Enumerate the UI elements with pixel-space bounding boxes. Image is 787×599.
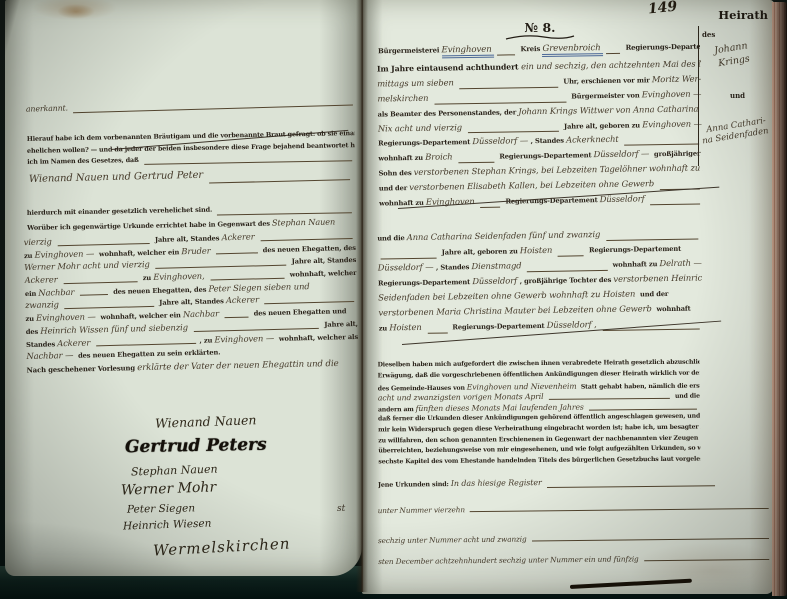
groom-section: Im Jahre eintausend achthundert ein und …: [377, 58, 703, 212]
printed-text: Uhr, erschienen vor mir: [561, 76, 652, 85]
printed-label: Im Jahre eintausend achthundert: [377, 62, 521, 73]
handwritten-text: Nachbar: [38, 287, 77, 298]
printed-text: mir kein Widerspruch gegen diese Verheir…: [378, 423, 700, 433]
printed-text: überreichten, beziehungsweise von mir ei…: [378, 445, 700, 455]
signature: Wienand Nauen: [155, 412, 257, 431]
printed-text: wohnhaft, welcher ein: [98, 311, 183, 321]
printed-text: und die: [673, 393, 700, 400]
handwritten-text: Stephan Nauen: [272, 216, 335, 227]
printed-text: Dieselben haben mich aufgefordert die zw…: [378, 359, 700, 369]
blank-rule: [480, 207, 500, 208]
blank-rule: [210, 277, 284, 280]
handwritten-text: Düsseldorf —: [594, 149, 652, 160]
printed-text: andern am: [378, 406, 416, 413]
handwritten-text: Anna Catharina Seidenfaden fünf und zwan…: [407, 229, 603, 242]
right-page: 149 № 8. Bürgermeisterei Evinghoven Krei…: [362, 0, 774, 594]
page-number-ink: 149: [647, 0, 678, 17]
handwritten-text: Evinghoven —: [34, 248, 96, 260]
witness-list: vierzig Jahre alt, Standes Ackerer zu Ev…: [23, 229, 358, 364]
blank-rule: [468, 131, 559, 133]
printed-text: des neuen Ehegatten und: [251, 307, 346, 317]
printed-text: Jahre alt,: [322, 320, 358, 329]
printed-text: des neuen Ehegatten zu sein erklärten.: [76, 348, 221, 360]
handwritten-text: Dienstmagd: [471, 260, 524, 271]
handwritten-text: Düsseldorf ,: [547, 319, 600, 330]
printed-text: Bürgermeister von: [569, 91, 642, 100]
handwritten-text: Ackerknecht: [566, 134, 621, 145]
handwritten-text: Düsseldorf —: [378, 262, 436, 273]
printed-text: des: [26, 328, 41, 336]
printed-text: sechste Kapitel des vom Ehestande handel…: [378, 456, 700, 466]
handwritten-text: Evinghoven —: [642, 118, 702, 129]
handwritten-text: Nachbar: [183, 308, 222, 319]
printed-text: zu willfahren, den schon genannten Ersch…: [378, 434, 700, 444]
blank-rule: [624, 144, 699, 146]
blank-rule: [265, 301, 355, 304]
handwritten-text: Peter Siegen sieben und: [208, 281, 309, 293]
printed-text: zu: [24, 251, 35, 259]
blank-rule: [144, 160, 352, 165]
handwritten-text: Evinghoven —: [642, 88, 702, 99]
handwritten-text: mittags um sieben: [377, 77, 456, 88]
handwritten-text: anerkannt.: [26, 103, 71, 113]
printed-text: Regierungs-Departement: [587, 245, 681, 254]
blank-rule: [650, 203, 700, 205]
margin-und-label: und: [730, 91, 772, 100]
reading-paragraph: Nach geschehener Vorlesung erklärte der …: [26, 359, 357, 418]
blank-rule: [217, 212, 352, 215]
text-line: Bürgermeisterei Evinghoven Kreis Grevenb…: [378, 42, 700, 60]
printed-text: , Standes: [531, 137, 567, 146]
blank-rule: [558, 255, 584, 256]
printed-text: Regierungs-Departement: [497, 152, 594, 162]
blank-rule: [216, 253, 257, 255]
handwritten-text: melskirchen: [377, 92, 431, 103]
signature: Peter Siegen: [127, 502, 195, 515]
bride-section: und die Anna Catharina Seidenfaden fünf …: [377, 227, 703, 337]
blank-rule: [606, 239, 698, 241]
handwritten-text: Hoisten: [520, 245, 555, 256]
printed-text: Bürgermeisterei: [378, 46, 442, 55]
documents-intro: Jene Urkunden sind: In das hiesige Regis…: [378, 476, 718, 493]
printed-text: Jahre alt, geboren zu: [562, 121, 643, 130]
printed-text: wohnhaft zu: [610, 260, 659, 269]
printed-text: und die: [377, 234, 407, 242]
handwritten-text: ein und sechzig, den achtzehnten Mai des…: [521, 58, 701, 71]
printed-text: des neuen Ehegatten, des: [260, 244, 356, 254]
printed-text: Sohn des: [379, 169, 414, 178]
handwritten-text: Ackerer: [226, 295, 262, 306]
blank-rule: [73, 105, 352, 114]
record-number: № 8.: [480, 20, 600, 41]
documents-list: unter Nummer vierzehn sechzig unter Numm…: [378, 492, 773, 589]
handwritten-text: sechzig unter Nummer acht und zwanzig: [378, 535, 529, 546]
handwritten-text: Broich: [425, 152, 455, 162]
printed-text: zu: [25, 315, 36, 323]
couple-names: Wienand Nauen und Gertrud Peter: [29, 166, 353, 191]
handwritten-text: Evinghoven —: [36, 311, 98, 323]
handwritten-text: Evinghoven,: [153, 271, 207, 282]
handwritten-text: Delrath —: [659, 257, 701, 268]
handwritten-text: Düsseldorf —: [472, 136, 530, 147]
printed-text: hierdurch mit einander gesetzlich verehe…: [27, 206, 215, 217]
handwritten-text: Evinghoven —: [214, 332, 276, 344]
printed-text: Regierungs-Departement: [378, 139, 472, 148]
handwritten-text: Moritz Wer-: [652, 73, 702, 84]
blank-rule: [527, 270, 607, 272]
printed-text: daß ferner die Urkunden dieser Ankündigu…: [378, 413, 700, 423]
handwritten-text: Hoisten: [389, 322, 424, 333]
blank-rule: [434, 101, 566, 104]
blank-rule: [63, 281, 137, 284]
printed-text: Nach geschehener Vorlesung: [27, 364, 138, 374]
printed-text: des Gemeinde-Hauses von: [378, 384, 467, 392]
handwritten-text: Johann Krings Wittwer von Anna Catharina: [518, 103, 698, 116]
handwritten-text: Ackerer: [57, 337, 93, 348]
signature: Gertrud Peters: [125, 435, 267, 457]
closing-paragraph: anerkannt.: [24, 29, 356, 117]
blank-rule: [549, 398, 670, 400]
printed-text: und der: [379, 184, 410, 192]
printed-text: Statt gehabt haben, nämlich die erste am: [579, 382, 700, 390]
printed-text: Regierungs-Departement: [450, 322, 547, 332]
printed-text: Worüber ich gegenwärtige Urkunde erricht…: [27, 220, 272, 232]
handwritten-text: zwanzig: [25, 300, 62, 311]
blank-rule: [260, 238, 352, 241]
signature-mayor: Wermelskirchen: [153, 534, 291, 559]
record-number-text: № 8.: [525, 20, 556, 35]
handwritten-text: Nachbar —: [26, 350, 76, 361]
printed-text: wohnhaft zu: [378, 154, 425, 163]
handwritten-underlined-text: Grevenbroich: [542, 43, 603, 57]
ink-mark: st: [337, 504, 345, 514]
printed-text: Jahre alt, Standes: [289, 256, 356, 266]
printed-text: des neuen Ehegatten, des: [111, 285, 209, 295]
blank-rule: [458, 162, 494, 164]
handwritten-text: vierzig: [23, 236, 54, 247]
handwritten-text: Wienand Nauen und Gertrud Peter: [29, 170, 206, 185]
blank-rule: [532, 538, 769, 541]
handwritten-text: acht und zwanzigsten vorigen Monats Apri…: [378, 392, 546, 402]
blank-rule: [459, 86, 558, 89]
printed-text: wohnhaft, welcher ein: [97, 248, 182, 258]
left-page: anerkannt. Hierauf habe ich dem vorbenan…: [5, 0, 362, 576]
printed-text: wohnhaft, welcher: [287, 269, 356, 279]
printed-text: als Beamter des Personenstandes, der: [378, 108, 519, 118]
text-line: sechste Kapitel des vom Ehestande handel…: [378, 456, 700, 470]
handwritten-text: Ackerer: [221, 231, 257, 242]
handwritten-underlined-text: Evinghoven: [441, 45, 494, 59]
handwritten-text: In das hiesige Register: [451, 478, 544, 488]
blank-rule: [497, 54, 515, 55]
margin-divider-line: [698, 26, 699, 166]
announcement-paragraph: Dieselben haben mich aufgefordert die zw…: [378, 359, 701, 470]
header-line: Bürgermeisterei Evinghoven Kreis Grevenb…: [378, 42, 700, 60]
printed-text: Standes: [26, 340, 57, 349]
book-gutter: [356, 0, 368, 592]
handwritten-text: Ackerer: [24, 274, 60, 285]
blank-rule: [225, 316, 249, 318]
blank-rule: [57, 243, 149, 246]
book-page-edges: [772, 2, 787, 596]
margin-annotation: Heirath des Johann Krings und Anna Catha…: [700, 8, 772, 141]
blank-rule: [96, 343, 197, 346]
blank-rule: [606, 53, 620, 54]
handwritten-text: Nix acht und vierzig: [378, 122, 465, 133]
handwritten-text: erklärte der Vater der neuen Ehegattin u…: [137, 359, 339, 373]
printed-text: , großjährige Tochter des: [520, 276, 614, 285]
handwritten-text: fünften dieses Monats Mai laufenden Jahr…: [416, 403, 587, 413]
handwritten-text: unter Nummer vierzehn: [378, 505, 468, 515]
handwritten-text: Werner Mohr acht und vierzig: [24, 259, 152, 272]
printed-text: zu: [140, 274, 153, 282]
printed-text: wohnhaft, welcher als: [277, 332, 359, 342]
signature: Stephan Nauen: [131, 462, 218, 478]
printed-text: ein: [25, 289, 39, 297]
printed-text: Jahre alt, Standes: [153, 234, 222, 244]
printed-text: , Standes: [436, 263, 472, 272]
blank-rule: [547, 485, 715, 488]
handwritten-text: Bruder: [181, 245, 213, 256]
handwritten-text: Evinghoven und Nievenheim: [467, 381, 579, 391]
blank-rule: [381, 258, 437, 260]
blank-rule: [80, 294, 108, 296]
printed-text: Jene Urkunden sind:: [378, 480, 451, 489]
printed-text: großjähriger: [652, 150, 701, 159]
paper-stain: [57, 4, 95, 19]
blank-rule: [209, 179, 350, 183]
printed-text: , zu: [199, 336, 214, 344]
blank-rule: [644, 559, 769, 561]
printed-text: und der: [638, 290, 669, 298]
signature: Werner Mohr: [121, 479, 217, 498]
handwritten-text: verstorbenen Heinrich: [613, 272, 702, 283]
printed-text: Jahre alt, Standes: [157, 298, 226, 308]
text-line: Jene Urkunden sind: In das hiesige Regis…: [378, 476, 718, 493]
printed-text: zu: [379, 324, 390, 332]
handwritten-text: Düsseldorf: [472, 275, 520, 286]
printed-text: wohnhaft: [654, 305, 690, 314]
signature: Heinrich Wiesen: [123, 517, 212, 532]
printed-text: ich im Namen des Gesetzes, daß: [27, 156, 141, 166]
blank-rule: [589, 409, 697, 411]
printed-text: Jahre alt, geboren zu: [439, 247, 520, 256]
printed-text: Regierungs-Departement: [378, 278, 472, 287]
printed-text: Erwägung, daß die vorgeschriebenen öffen…: [378, 369, 700, 379]
consent-paragraph: Hierauf habe ich dem vorbenannten Bräuti…: [27, 129, 356, 170]
record-type-label: Heirath: [700, 8, 772, 22]
blank-rule: [427, 332, 447, 333]
printed-text: Kreis: [518, 45, 542, 53]
text-line: Wienand Nauen und Gertrud Peter: [29, 166, 353, 191]
printed-text: Regierungs-Departement: [623, 42, 700, 51]
blank-rule: [65, 306, 155, 309]
